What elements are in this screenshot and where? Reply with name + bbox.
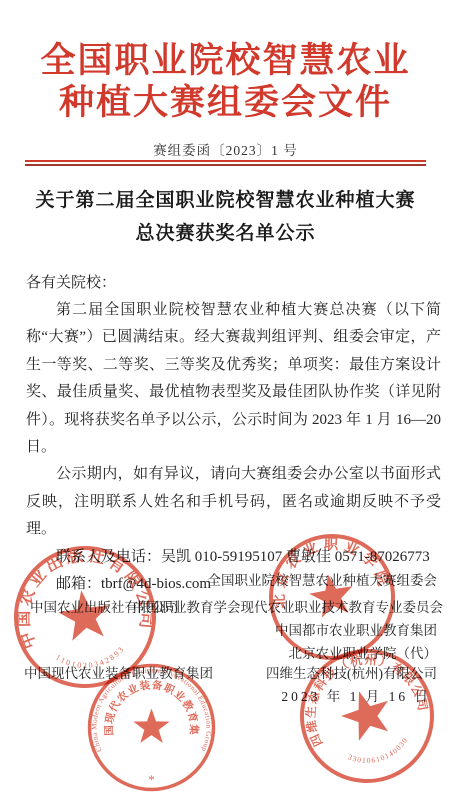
stamp-siwei-serial: 33010610140030 (345, 734, 414, 773)
document-title-line1: 关于第二届全国职业院校智慧农业种植大赛 (0, 184, 451, 217)
round-seal-icon: China Modern Agricultural Equipment Voca… (84, 660, 219, 795)
stamp-modern-equipment-group: China Modern Agricultural Equipment Voca… (84, 660, 219, 795)
star-icon (306, 571, 356, 620)
doc-number: 赛组委函〔2023〕1 号 (0, 139, 451, 159)
salutation: 各有关院校： (26, 271, 440, 292)
star-icon (335, 684, 397, 744)
document-title-line2: 总决赛获奖名单公示 (0, 217, 451, 250)
letterhead-title: 全国职业院校智慧农业 种植大赛组委会文件 (0, 40, 451, 124)
letterhead-line1: 全国职业院校智慧农业 (0, 40, 451, 82)
paragraph-results: 第二届全国职业院校智慧农业种植大赛总决赛（以下简称“大赛”）已圆满结束。经大赛裁… (26, 297, 441, 461)
red-rule-bottom (25, 164, 426, 166)
star-icon (133, 709, 169, 743)
stamp-equipment-bottom-mark: * (148, 772, 155, 787)
red-rule-top (25, 160, 426, 162)
star-icon (56, 587, 114, 642)
document-page: 全国职业院校智慧农业 种植大赛组委会文件 赛组委函〔2023〕1 号 关于第二届… (0, 0, 451, 801)
svg-text:33010610140030: 33010610140030 (345, 734, 414, 773)
document-title: 关于第二届全国职业院校智慧农业种植大赛 总决赛获奖名单公示 (0, 184, 451, 250)
letterhead-line2: 种植大赛组委会文件 (0, 82, 451, 124)
